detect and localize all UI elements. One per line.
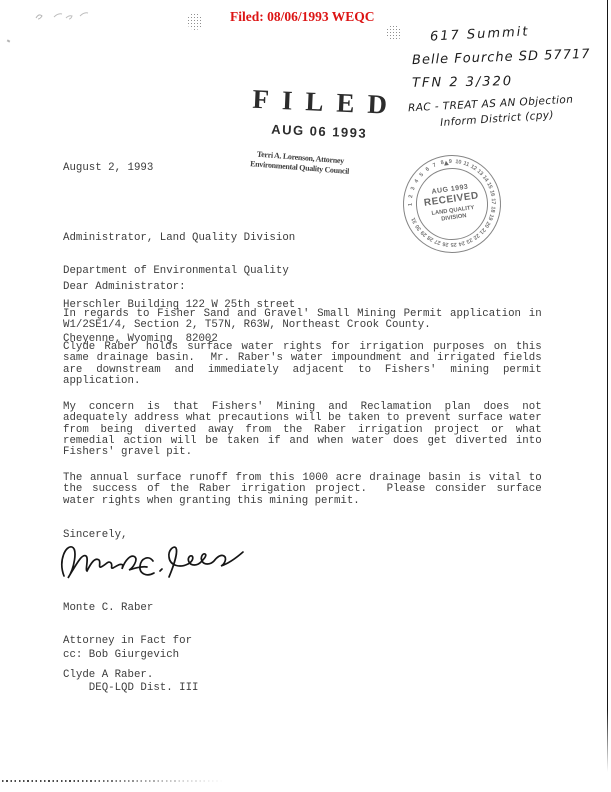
received-stamp: 1234567891011121314151617181920212223242… (397, 149, 508, 260)
handwritten-note-inform: Inform District (cpy) (440, 109, 555, 129)
filed-stamp-date: AUG 06 1993 (271, 123, 399, 142)
filed-stamp: FILED AUG 06 1993 (251, 86, 401, 141)
filed-header: Filed: 08/06/1993 WEQC (230, 9, 375, 25)
received-stamp-center: AUG 1993 RECEIVED LAND QUALITY DIVISION (411, 163, 492, 244)
cc-line: DEQ-LQD Dist. III (63, 683, 198, 694)
hole-punch-dot (187, 13, 203, 30)
handwritten-address-line-2: Belle Fourche SD 57717 (412, 47, 591, 68)
hole-punch-dot (386, 25, 402, 41)
paragraph-4: The annual surface runoff from this 1000… (63, 473, 542, 507)
cc-line: cc: Bob Giurgevich (63, 650, 198, 661)
filed-stamp-attorney: Terri A. Lorenson, Attorney Environmenta… (239, 148, 360, 176)
scanned-letter-page: Filed: 08/06/1993 WEQC 617 Summit Belle … (0, 0, 611, 792)
paragraph-1: In regards to Fisher Sand and Gravel' Sm… (63, 309, 542, 332)
filed-stamp-title: FILED (252, 86, 401, 119)
stamp-arrow-icon: ▲ (440, 158, 453, 169)
address-line: Administrator, Land Quality Division (63, 233, 295, 244)
scan-edge-line (607, 0, 609, 772)
pencil-scribble (30, 9, 98, 29)
handwritten-address-line-1: 617 Summit (430, 24, 530, 44)
received-stamp-division: LAND QUALITY DIVISION (431, 205, 476, 224)
paragraph-3: My concern is that Fishers' Mining and R… (63, 402, 542, 458)
paragraph-2: Clyde Raber holds surface water rights f… (63, 342, 542, 387)
handwritten-tfn-number: TFN 2 3/320 (412, 74, 513, 91)
scan-artifact-dashes (2, 780, 224, 782)
cc-block: cc: Bob Giurgevich DEQ-LQD Dist. III (63, 627, 198, 717)
address-line: Department of Environmental Quality (63, 266, 295, 277)
signer-name: Monte C. Raber (63, 603, 192, 614)
salutation: Dear Administrator: (63, 282, 186, 293)
pencil-mark (7, 39, 11, 42)
handwritten-signature (56, 540, 246, 584)
letter-date: August 2, 1993 (63, 163, 153, 174)
